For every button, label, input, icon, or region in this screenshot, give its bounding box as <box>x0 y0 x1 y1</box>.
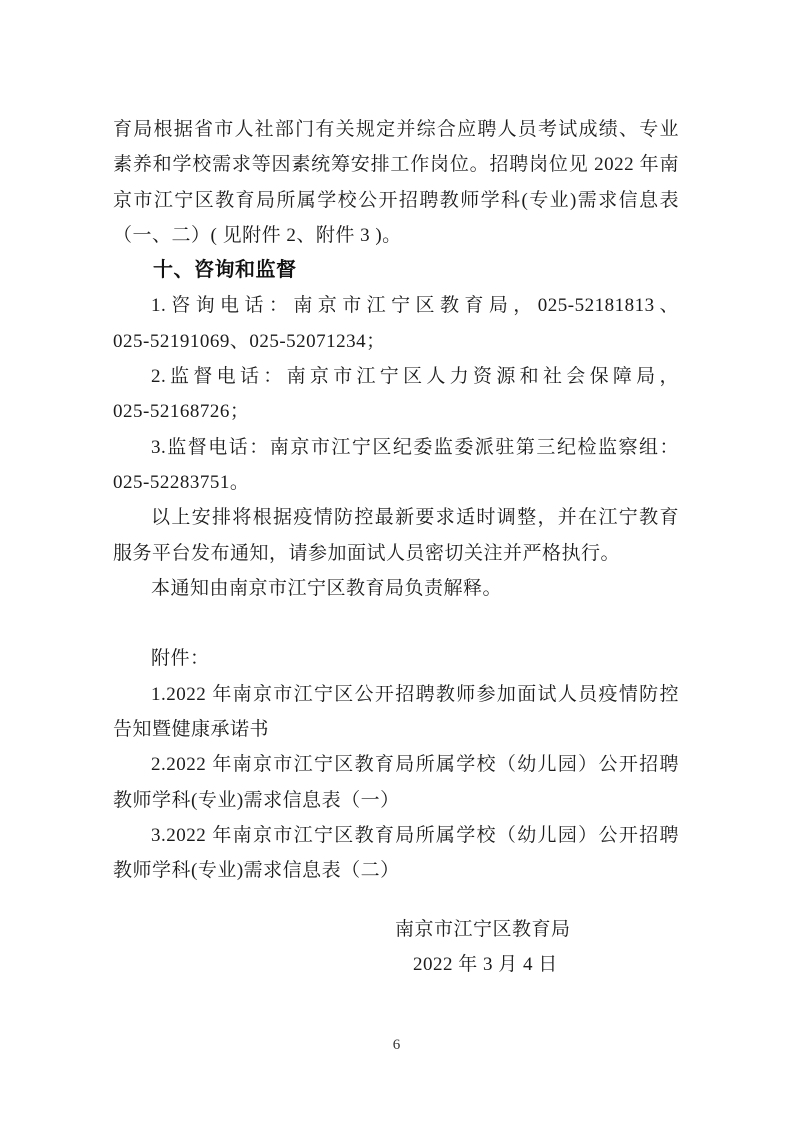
text-line: 025-52191069、025-52071234； <box>113 324 679 359</box>
para-attachment-2: 2.2022 年南京市江宁区教育局所属学校（幼儿园）公开招聘教师学科(专业)需求… <box>113 747 679 818</box>
text-line: 素养和学校需求等因素统筹安排工作岗位。招聘岗位见 2022 年南 <box>113 147 679 182</box>
signature-date: 2022 年 3 月 4 日 <box>413 947 558 982</box>
text-line: 3.监督电话：南京市江宁区纪委监委派驻第三纪检监察组： <box>113 430 679 465</box>
text-line: 以上安排将根据疫情防控最新要求适时调整，并在江宁教育 <box>113 500 679 535</box>
text-line: 教师学科(专业)需求信息表（一） <box>113 783 679 818</box>
text-line: 教师学科(专业)需求信息表（二） <box>113 853 679 888</box>
para-attachment-1: 1.2022 年南京市江宁区公开招聘教师参加面试人员疫情防控告知暨健康承诺书 <box>113 677 679 748</box>
blank-line-before-attachments <box>113 606 679 641</box>
text-line: （一、二）( 见附件 2、附件 3 )。 <box>113 218 679 253</box>
text-line: 025-52168726； <box>113 394 679 429</box>
para-supervise-phone-discipline: 3.监督电话：南京市江宁区纪委监委派驻第三纪检监察组：025-52283751。 <box>113 430 679 501</box>
para-attachments-label: 附件： <box>113 641 679 676</box>
text-line: 育局根据省市人社部门有关规定并综合应聘人员考试成绩、专业 <box>113 112 679 147</box>
text-line: 京市江宁区教育局所属学校公开招聘教师学科(专业)需求信息表 <box>113 183 679 218</box>
text-line: 告知暨健康承诺书 <box>113 712 679 747</box>
document-page: 育局根据省市人社部门有关规定并综合应聘人员考试成绩、专业素养和学校需求等因素统筹… <box>0 0 793 1122</box>
para-interpretation: 本通知由南京市江宁区教育局负责解释。 <box>113 571 679 606</box>
text-line: 2.监督电话：南京市江宁区人力资源和社会保障局， <box>113 359 679 394</box>
heading-section-ten-consult-supervise: 十、咨询和监督 <box>113 253 679 288</box>
para-attachment-3: 3.2022 年南京市江宁区教育局所属学校（幼儿园）公开招聘教师学科(专业)需求… <box>113 818 679 889</box>
para-job-assignment: 育局根据省市人社部门有关规定并综合应聘人员考试成绩、专业素养和学校需求等因素统筹… <box>113 112 679 253</box>
text-line: 2.2022 年南京市江宁区教育局所属学校（幼儿园）公开招聘 <box>113 747 679 782</box>
text-line: 1.咨询电话：南京市江宁区教育局，025-52181813、 <box>113 288 679 323</box>
para-supervise-phone-hr: 2.监督电话：南京市江宁区人力资源和社会保障局，025-52168726； <box>113 359 679 430</box>
text-line: 1.2022 年南京市江宁区公开招聘教师参加面试人员疫情防控 <box>113 677 679 712</box>
text-line: 025-52283751。 <box>113 465 679 500</box>
text-line: 本通知由南京市江宁区教育局负责解释。 <box>113 571 679 606</box>
text-line: 3.2022 年南京市江宁区教育局所属学校（幼儿园）公开招聘 <box>113 818 679 853</box>
text-line: 服务平台发布通知，请参加面试人员密切关注并严格执行。 <box>113 536 679 571</box>
text-line: 十、咨询和监督 <box>113 253 679 288</box>
signature-issuer: 南京市江宁区教育局 <box>395 912 571 947</box>
text-line: 附件： <box>113 641 679 676</box>
document-body: 育局根据省市人社部门有关规定并综合应聘人员考试成绩、专业素养和学校需求等因素统筹… <box>113 112 679 889</box>
page-number: 6 <box>0 1037 793 1054</box>
para-epidemic-adjustment: 以上安排将根据疫情防控最新要求适时调整，并在江宁教育服务平台发布通知，请参加面试… <box>113 500 679 571</box>
para-consult-phone: 1.咨询电话：南京市江宁区教育局，025-52181813、025-521910… <box>113 288 679 359</box>
